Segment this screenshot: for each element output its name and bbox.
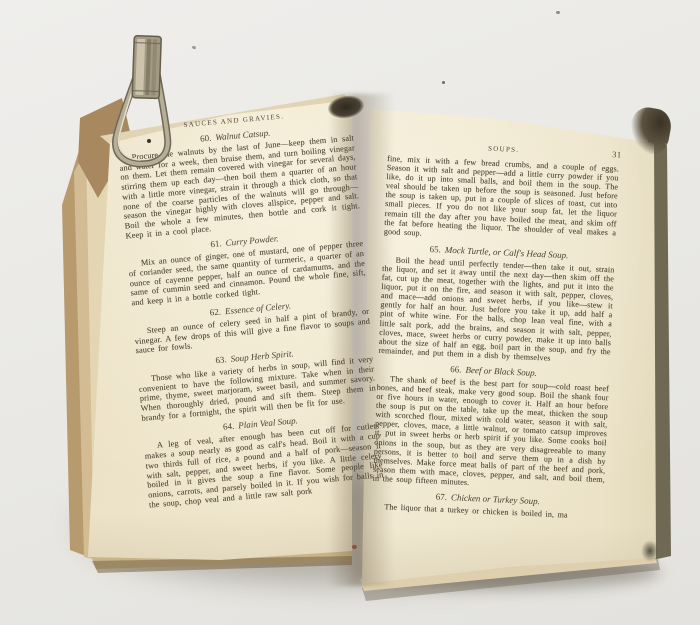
section-number: 62. — [209, 306, 221, 317]
section-number: 66. — [450, 364, 462, 375]
section-title: Curry Powder. — [225, 234, 279, 249]
continuation-paragraph: fine, mix it with a few bread crumbs, an… — [384, 154, 619, 246]
section-number: 63. — [215, 354, 227, 365]
section-title: Chicken or Turkey Soup. — [451, 492, 540, 506]
photo-background: SAUCES AND GRAVIES. 60.Walnut Catsup. Pr… — [0, 0, 700, 625]
background-speck — [556, 11, 560, 14]
section-body-66: The shank of beef is the best part for s… — [372, 374, 609, 494]
section-number: 64. — [223, 421, 235, 432]
background-speck — [442, 81, 445, 84]
red-speck — [352, 545, 357, 549]
section-title: Beef or Black Soup. — [465, 365, 537, 378]
section-title: Walnut Catsup. — [215, 128, 271, 143]
bottom-right-corner-stain — [641, 540, 659, 562]
page-number: 31 — [612, 149, 622, 159]
metal-clip-icon — [110, 33, 179, 171]
section-number: 60. — [200, 133, 212, 144]
gutter-shadow — [328, 94, 394, 586]
section-number: 67. — [436, 492, 448, 503]
right-page-text: SOUPS. 31 fine, mix it with a few bread … — [371, 140, 620, 521]
section-number: 61. — [210, 239, 222, 250]
section-body-65: Boil the head until perfectly tender—the… — [378, 255, 614, 365]
section-number: 65. — [429, 244, 441, 255]
background-speck — [192, 45, 197, 49]
